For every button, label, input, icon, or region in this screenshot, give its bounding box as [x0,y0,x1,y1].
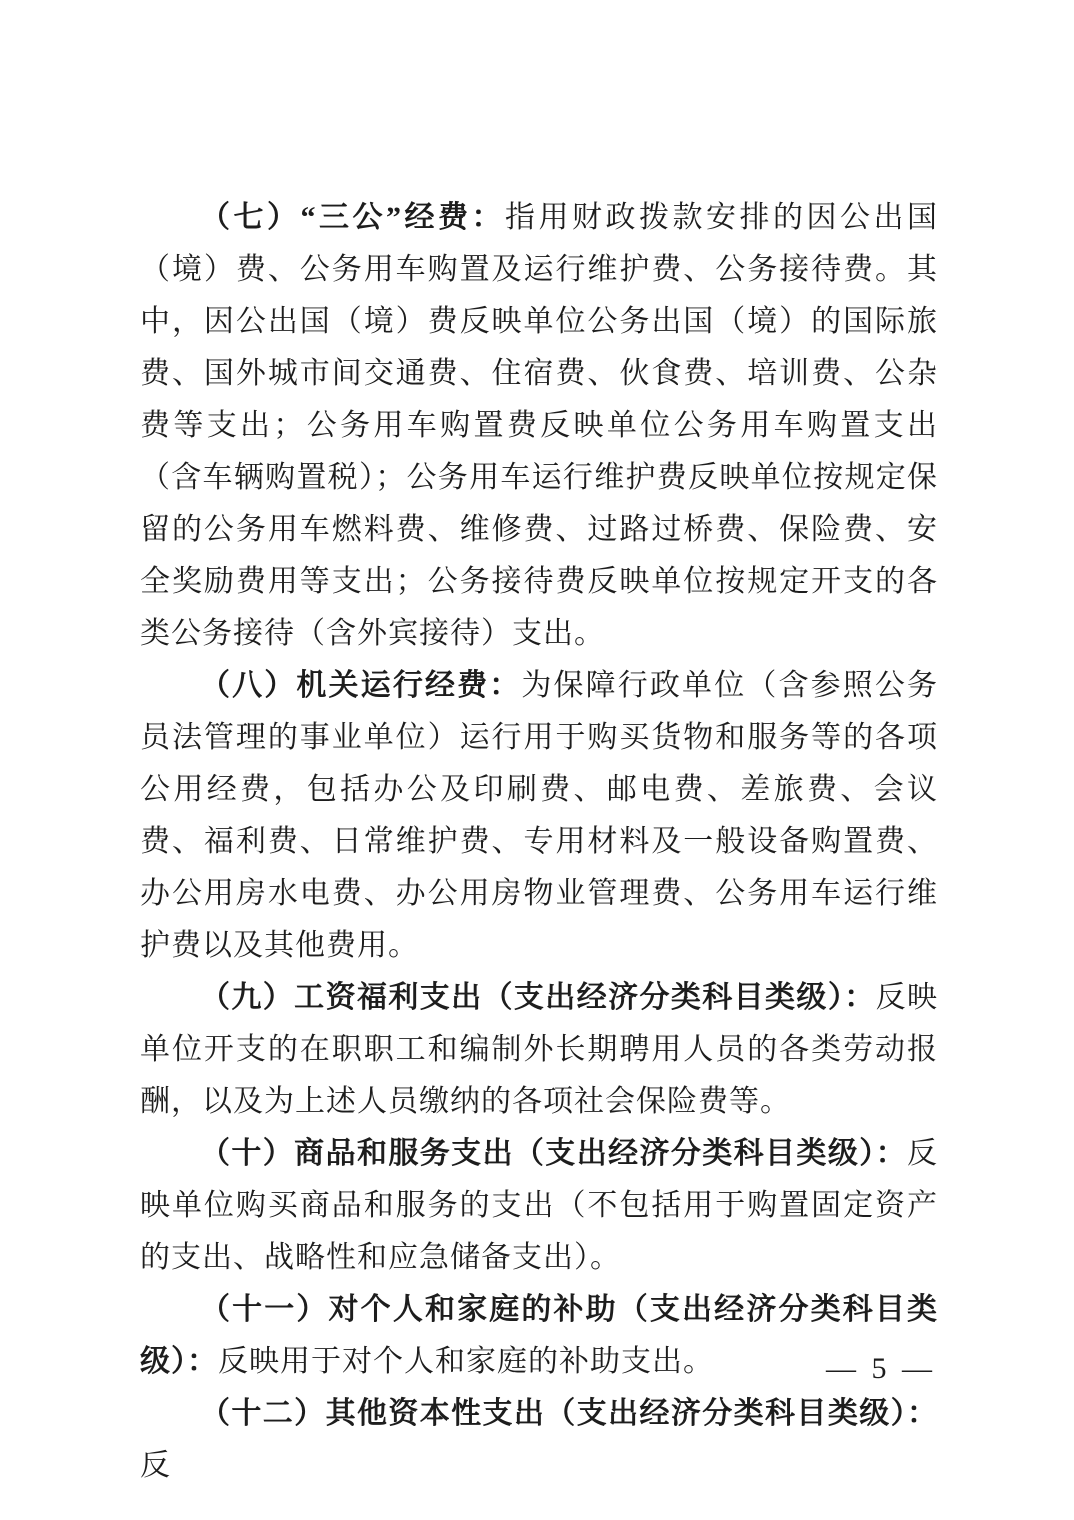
paragraph-item-8: （八）机关运行经费：为保障行政单位（含参照公务员法管理的事业单位）运行用于购买货… [140,660,938,972]
paragraph-item-10: （十）商品和服务支出（支出经济分类科目类级）：反映单位购买商品和服务的支出（不包… [140,1128,938,1284]
paragraph-item-9: （九）工资福利支出（支出经济分类科目类级）：反映单位开支的在职职工和编制外长期聘… [140,972,938,1128]
paragraph-lead: （十二）其他资本性支出（支出经济分类科目类级）： [200,1397,938,1430]
paragraph-lead: （九）工资福利支出（支出经济分类科目类级）： [200,981,876,1014]
paragraph-lead: （七）“三公”经费： [200,201,505,234]
paragraph-body: 反 [140,1449,171,1482]
paragraph-item-12: （十二）其他资本性支出（支出经济分类科目类级）：反 [140,1388,938,1492]
page-number: — 5 — [826,1348,936,1390]
paragraph-item-7: （七）“三公”经费：指用财政拨款安排的因公出国（境）费、公务用车购置及运行维护费… [140,192,938,660]
paragraph-body: 指用财政拨款安排的因公出国（境）费、公务用车购置及运行维护费、公务接待费。其中，… [140,201,938,650]
document-body: （七）“三公”经费：指用财政拨款安排的因公出国（境）费、公务用车购置及运行维护费… [140,192,938,1492]
paragraph-body: 为保障行政单位（含参照公务员法管理的事业单位）运行用于购买货物和服务等的各项公用… [140,669,938,962]
paragraph-item-11: （十一）对个人和家庭的补助（支出经济分类科目类级）：反映用于对个人和家庭的补助支… [140,1284,938,1388]
paragraph-lead: （八）机关运行经费： [200,669,521,702]
document-page: （七）“三公”经费：指用财政拨款安排的因公出国（境）费、公务用车购置及运行维护费… [0,0,1074,1520]
paragraph-body: 反映用于对个人和家庭的补助支出。 [218,1345,714,1378]
paragraph-lead: （十）商品和服务支出（支出经济分类科目类级）： [200,1137,907,1170]
